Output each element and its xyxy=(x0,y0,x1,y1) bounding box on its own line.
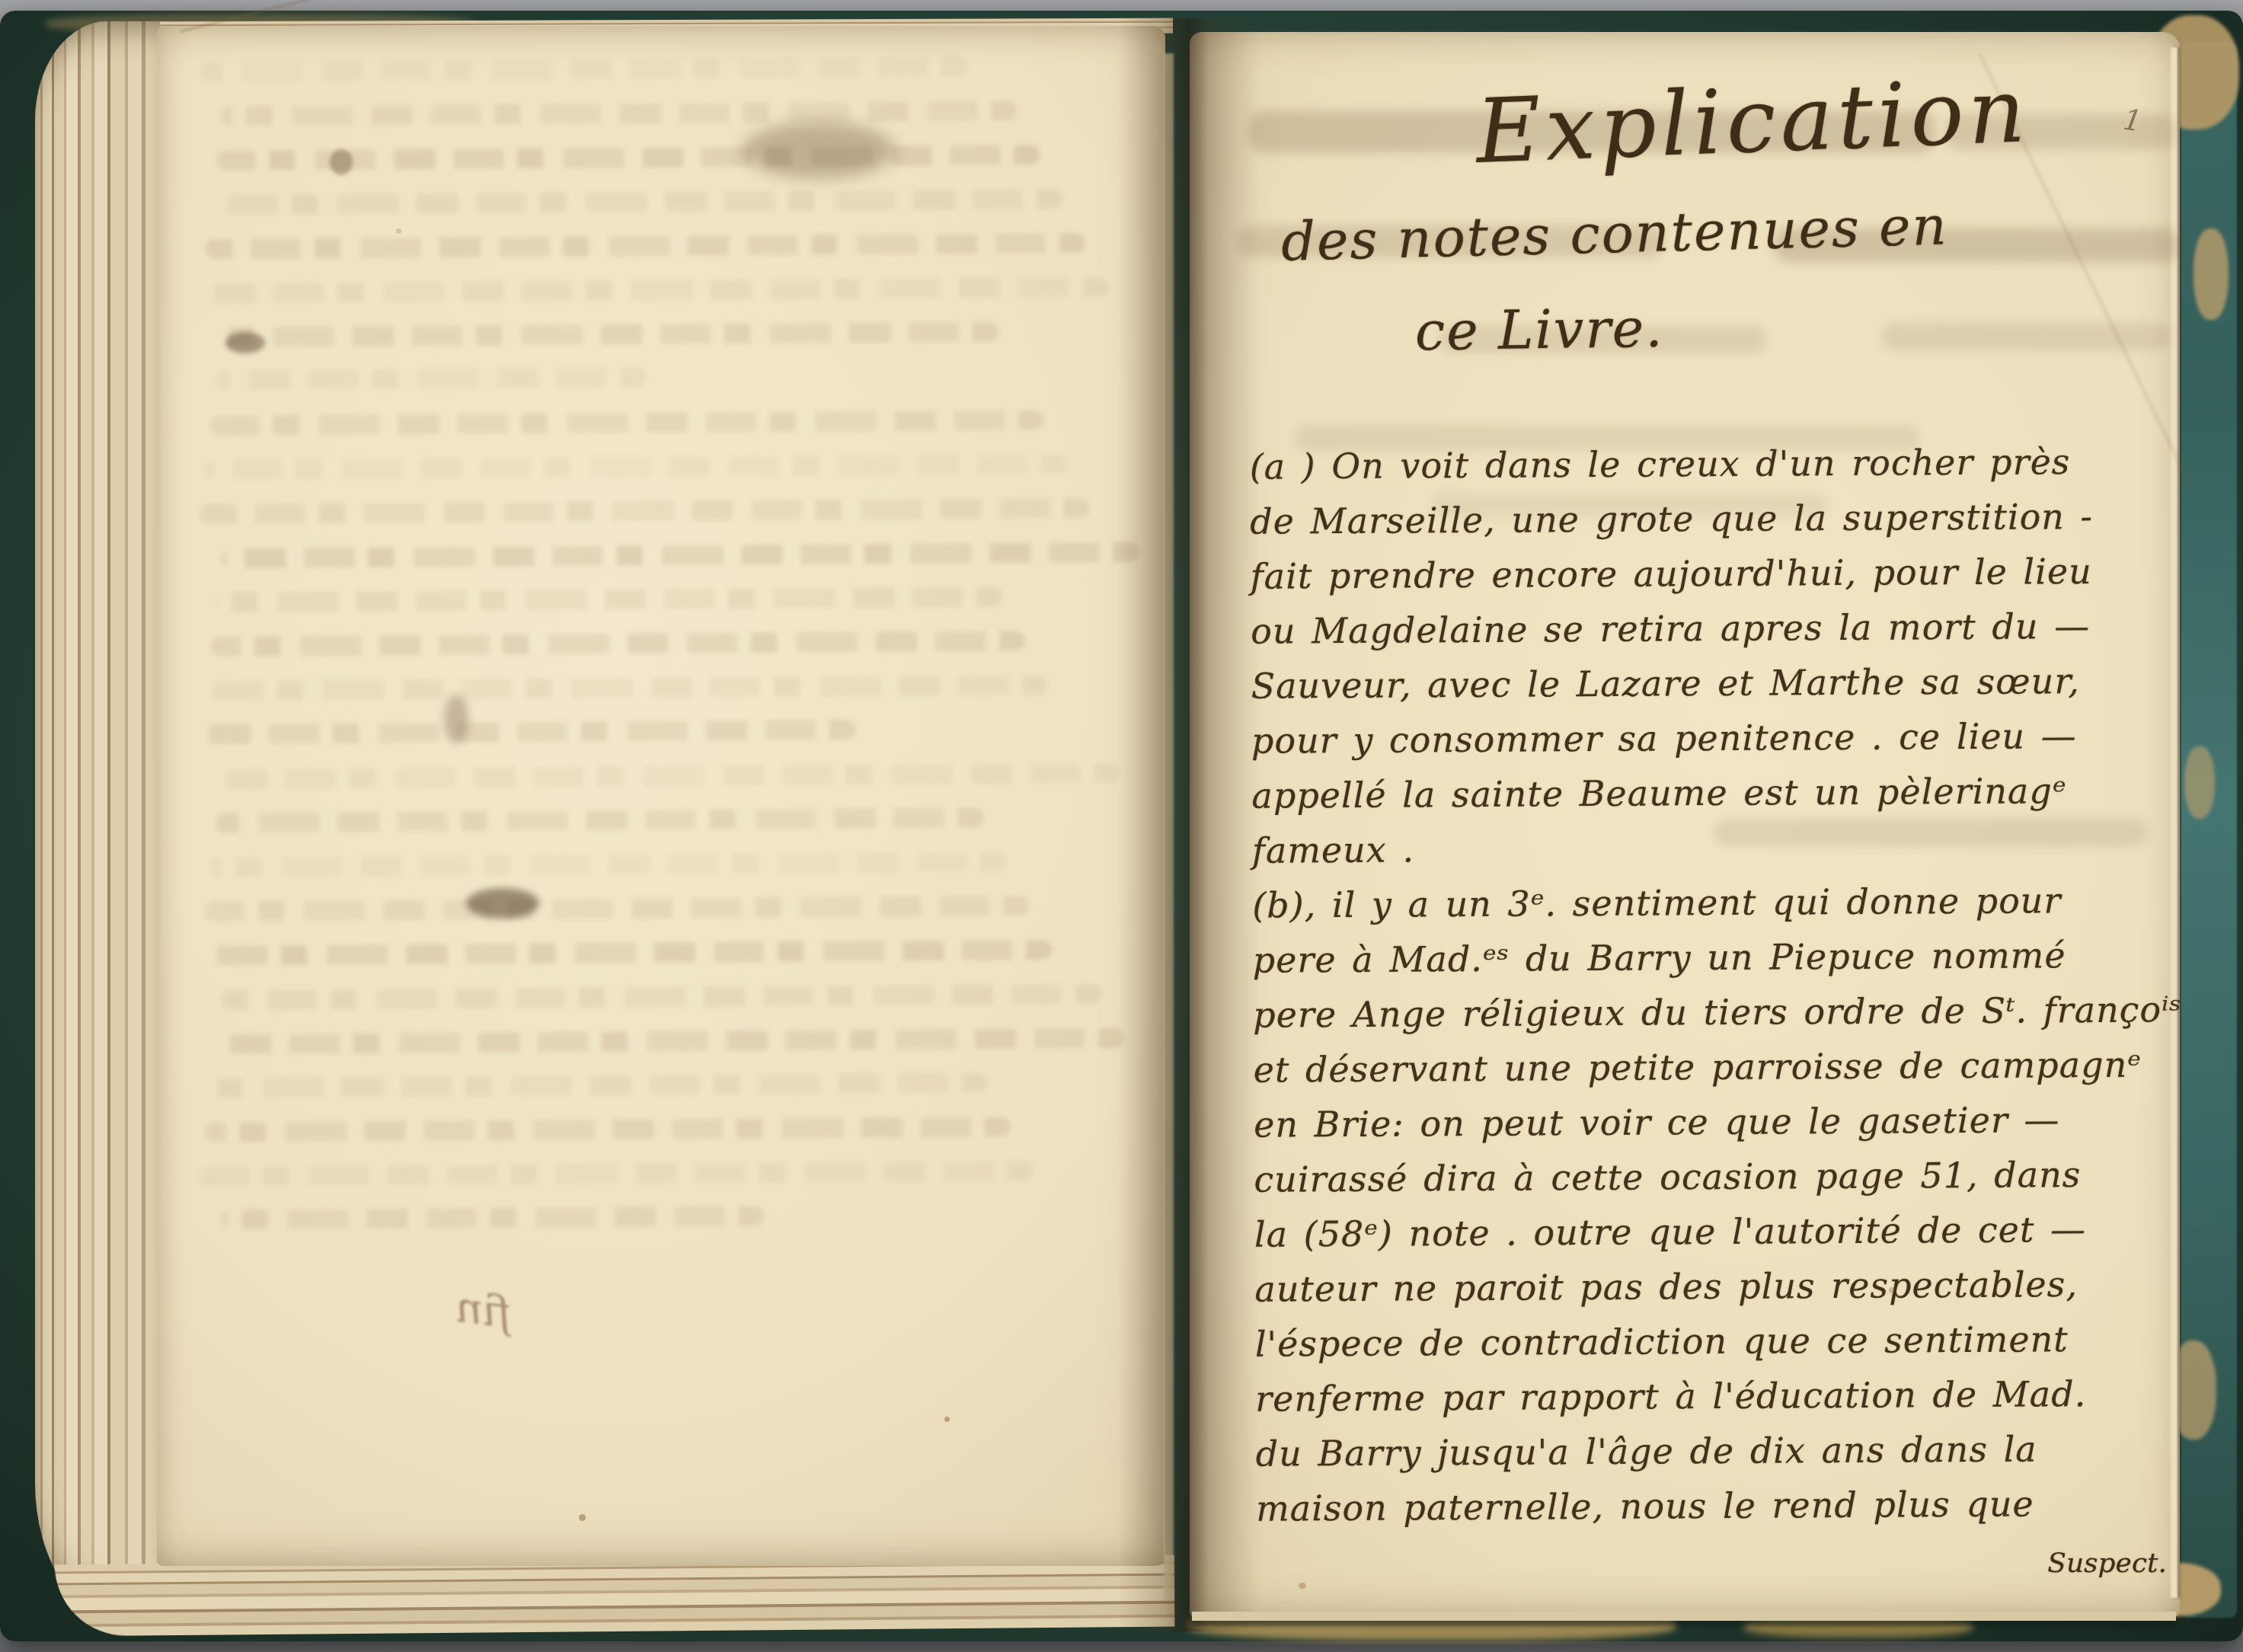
manuscript-line: fameux . xyxy=(1252,824,2183,884)
bleedthrough-line xyxy=(210,410,1044,436)
right-page-bottom-edge xyxy=(1192,1612,2176,1621)
foxing-spot xyxy=(579,1514,586,1521)
manuscript-book-photo: fin 1 Explication des notes contenues en… xyxy=(0,0,2243,1652)
foxing-spot xyxy=(1299,1583,1306,1589)
ink-smudge xyxy=(743,122,895,179)
catchword: Suspect. xyxy=(1253,1548,2167,1579)
bleedthrough-line xyxy=(216,1028,1124,1054)
bleedthrough-line xyxy=(205,675,1048,701)
manuscript-line: appellé la sainte Beaume est un pèlerina… xyxy=(1251,769,2182,829)
bleedthrough-line xyxy=(210,631,1025,656)
bleedthrough-line xyxy=(205,896,1030,922)
bleedthrough-line xyxy=(205,233,1085,259)
manuscript-line: renferme par rapport à l'éducation de Ma… xyxy=(1255,1372,2186,1433)
bleedthrough-line xyxy=(200,1161,1034,1187)
manuscript-line: cuirassé dira à cette ocasion page 51, d… xyxy=(1254,1153,2184,1213)
manuscript-line: (b), il y a un 3ᵉ. sentiment qui donne p… xyxy=(1252,879,2183,939)
bleedthrough-line xyxy=(216,367,647,390)
bleedthrough-line xyxy=(221,321,998,347)
bleedthrough-line xyxy=(205,454,1067,480)
cover-wear-chip xyxy=(2193,228,2229,320)
manuscript-body: (a ) On voit dans le creux d'un rocher p… xyxy=(1250,440,2187,1542)
manuscript-line: pour y consommer sa penitence . ce lieu … xyxy=(1251,714,2182,775)
manuscript-line: maison paternelle, nous le rend plus que xyxy=(1256,1482,2187,1542)
manuscript-line: pere Ange réligieux du tiers ordre de Sᵗ… xyxy=(1253,989,2184,1049)
bleedthrough-line xyxy=(200,56,968,81)
manuscript-title: Explication xyxy=(1475,59,2032,184)
bleedthrough-line xyxy=(221,101,1018,126)
gutter-page-edge xyxy=(1164,53,1174,1599)
bleedthrough-line xyxy=(221,1206,765,1230)
ink-smudge xyxy=(225,332,265,353)
bleedthrough-line xyxy=(210,189,1062,215)
foxing-spot xyxy=(944,1417,950,1422)
manuscript-line: Sauveur, avec le Lazare et Marthe sa sœu… xyxy=(1251,660,2181,720)
manuscript-line: de Marseille, une grote que la superstit… xyxy=(1250,495,2181,555)
bleedthrough-line xyxy=(200,277,1108,303)
bleedthrough-line xyxy=(200,940,1052,966)
ink-smudge xyxy=(466,888,539,919)
page-stack-fore-edge xyxy=(35,21,166,1628)
manuscript-line: fait prendre encore aujourd'hui, pour le… xyxy=(1250,550,2181,610)
bleedthrough-text-block xyxy=(200,59,1136,1252)
foxing-spot xyxy=(1889,1287,1895,1293)
manuscript-line: du Barry jusqu'a l'âge de dix ans dans l… xyxy=(1256,1427,2187,1487)
manuscript-line: et déservant une petite parroisse de cam… xyxy=(1253,1043,2184,1104)
bleedthrough-line xyxy=(200,498,1090,524)
foxing-spot xyxy=(396,228,401,234)
ink-smudge xyxy=(330,149,353,175)
bleedthrough-line xyxy=(221,984,1101,1010)
page-stack-bottom-edge xyxy=(55,1555,1175,1637)
manuscript-line: pere à Mad.ᵉˢ du Barry un Piepuce nommé xyxy=(1253,934,2184,994)
manuscript-subtitle-line2: ce Livre. xyxy=(1414,297,1664,363)
cover-wear-chip xyxy=(2184,746,2215,819)
manuscript-line: l'éspece de contradiction que ce sentime… xyxy=(1255,1318,2186,1378)
manuscript-line: la (58ᵉ) note . outre que l'autorité de … xyxy=(1254,1208,2185,1268)
manuscript-line: auteur ne paroit pas des plus respectabl… xyxy=(1254,1263,2185,1323)
bleedthrough-line xyxy=(216,586,1002,612)
ink-bleed-band xyxy=(1881,323,2171,350)
manuscript-line: (a ) On voit dans le creux d'un rocher p… xyxy=(1250,440,2181,500)
bleedthrough-line xyxy=(205,1117,1011,1142)
manuscript-line: en Brie: on peut voir ce que le gasetier… xyxy=(1254,1098,2184,1158)
bleedthrough-line xyxy=(216,807,984,832)
bleedthrough-line xyxy=(221,542,1139,568)
bleedthrough-line xyxy=(210,852,1007,877)
manuscript-line: ou Magdelaine se retira apres la mort du… xyxy=(1251,605,2181,665)
bleedthrough-fin-mark: fin xyxy=(452,1283,514,1338)
bleedthrough-line xyxy=(221,763,1120,789)
bleedthrough-line xyxy=(200,720,855,744)
ink-smudge xyxy=(444,695,468,743)
bleedthrough-line xyxy=(210,1072,988,1098)
